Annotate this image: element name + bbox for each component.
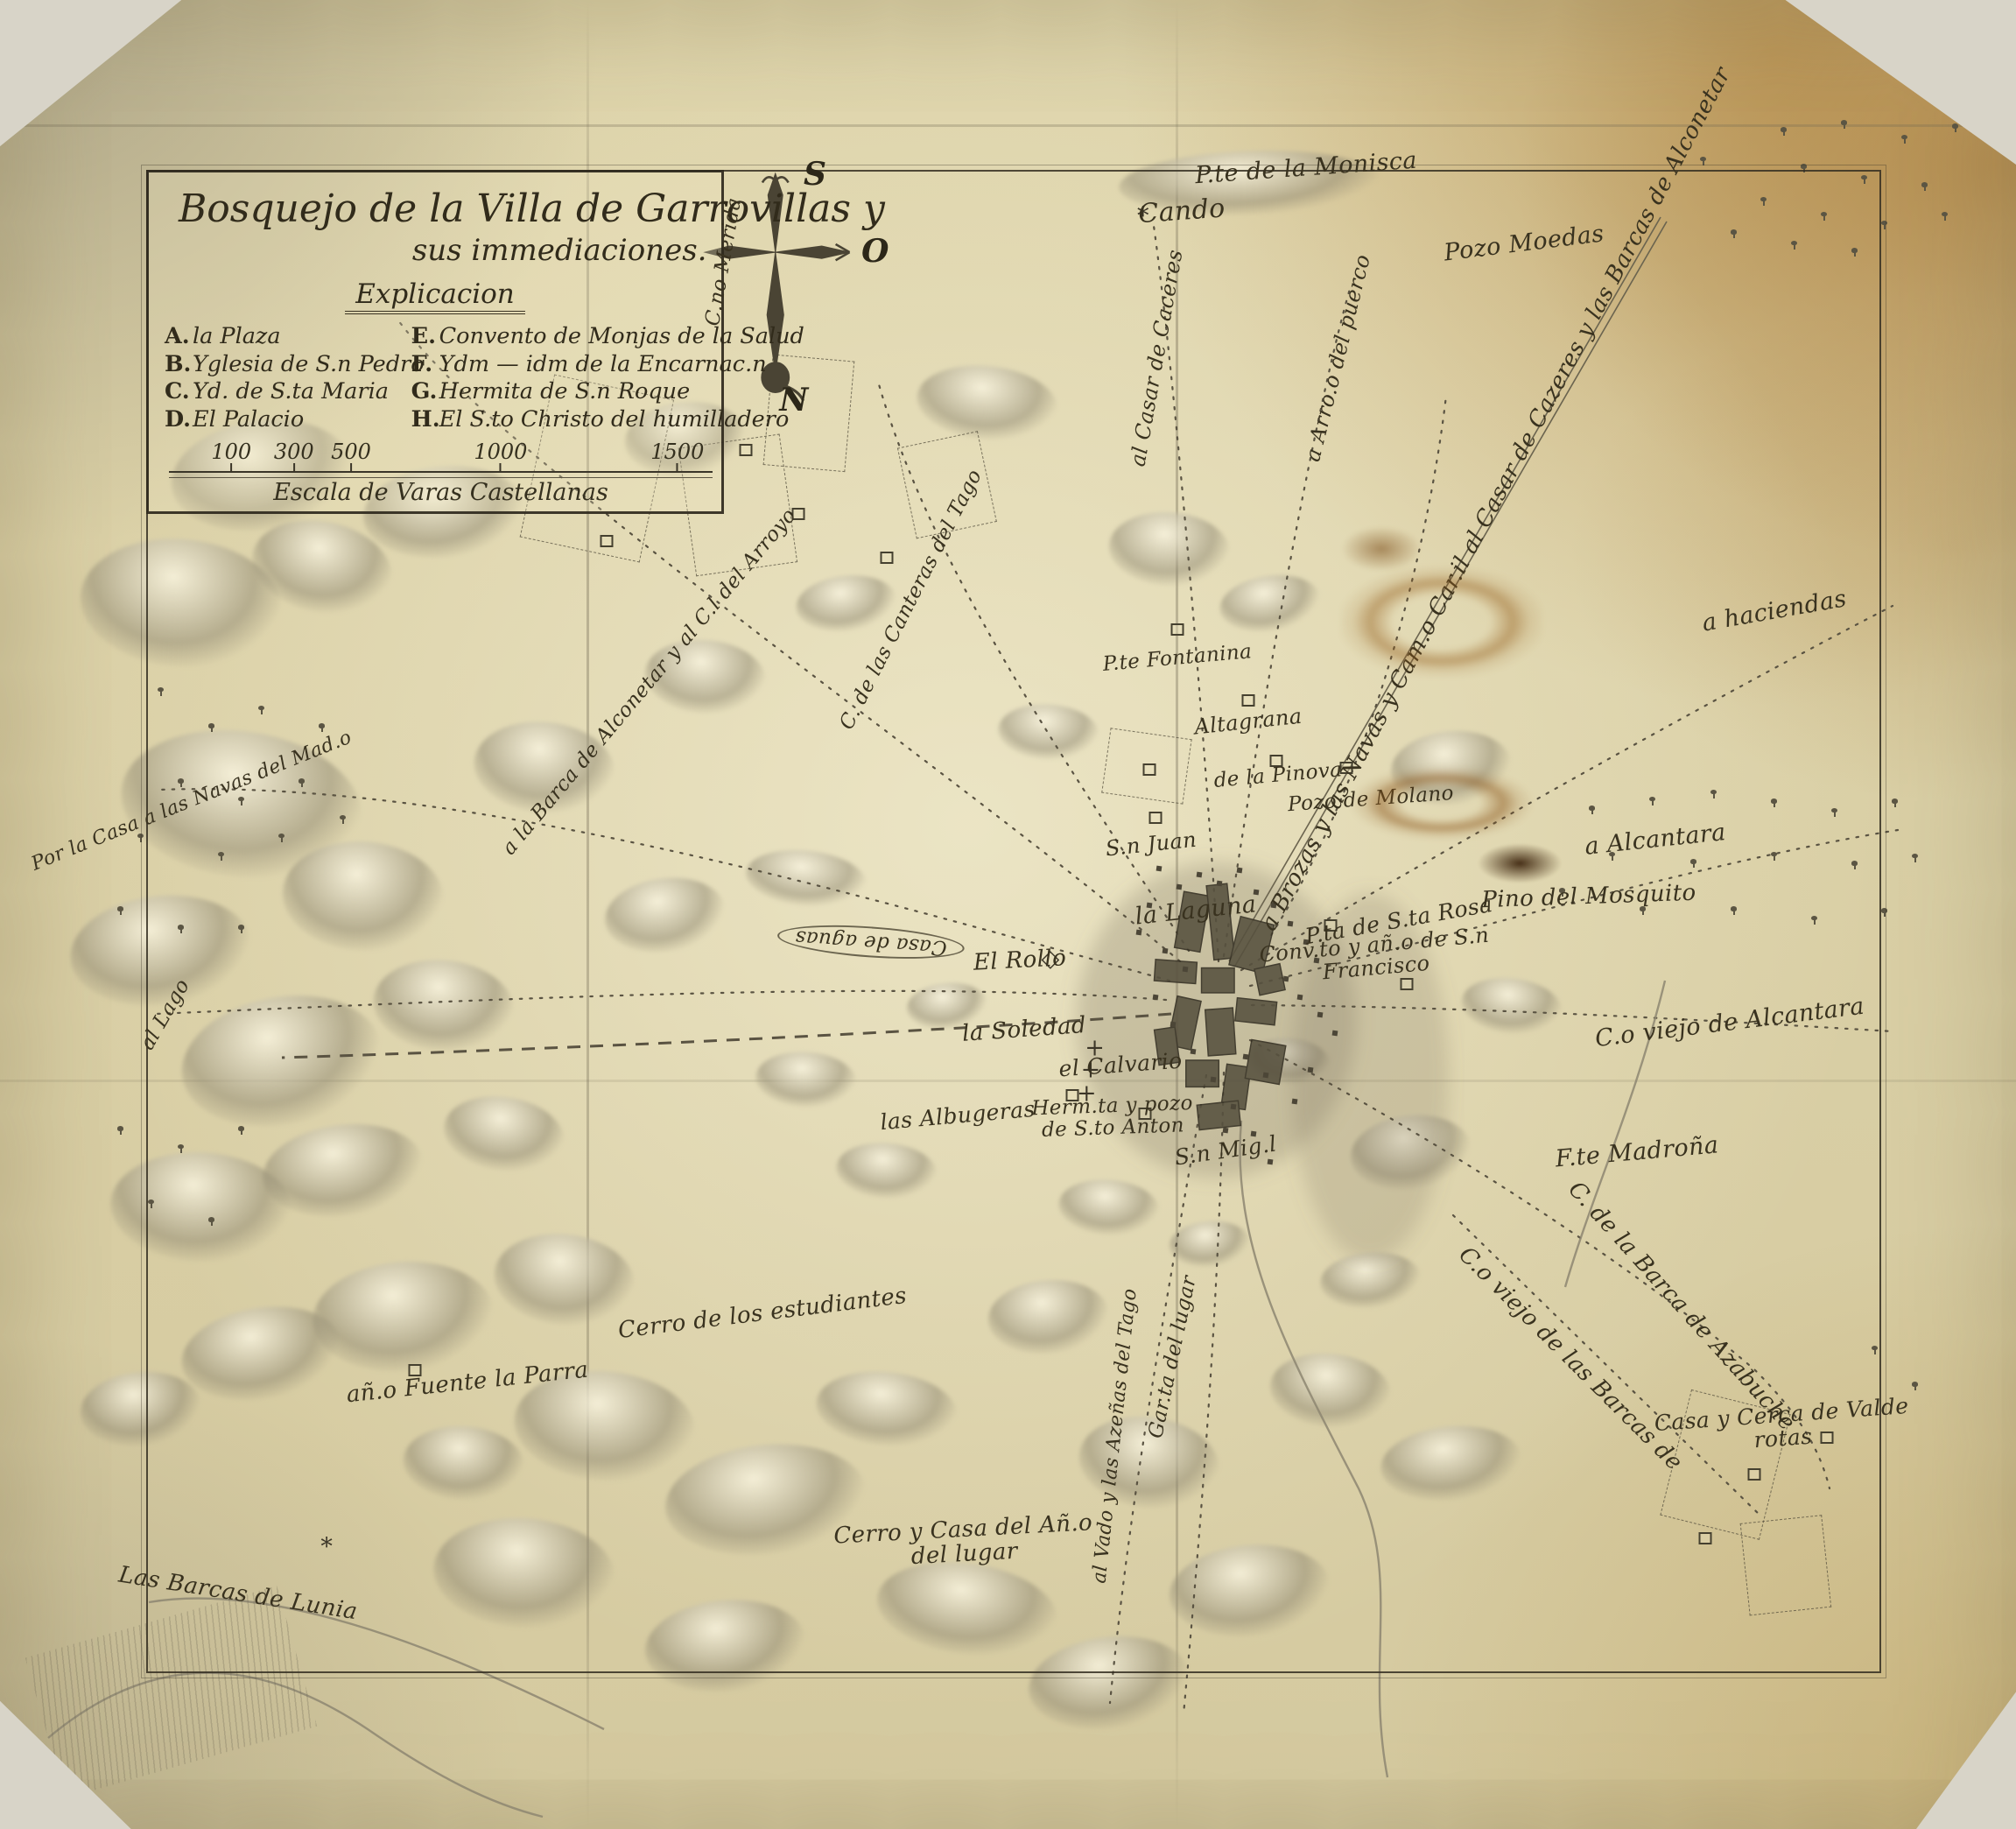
tree-icon bbox=[1840, 120, 1849, 129]
scale-tick-number: 300 bbox=[274, 441, 314, 462]
scale-tick-number: 100 bbox=[211, 441, 251, 462]
scale-tick: 500 bbox=[331, 441, 371, 471]
torn-corner bbox=[1754, 0, 2016, 165]
legend-key: H. bbox=[411, 406, 439, 434]
scale-bar: 10030050010001500 Escala de Varas Castel… bbox=[169, 440, 713, 506]
legend-label: la Plaza bbox=[193, 323, 281, 349]
scale-tick-number: 1000 bbox=[474, 441, 527, 462]
scale-tick: 300 bbox=[274, 441, 314, 471]
legend-label: Yd. de S.ta Maria bbox=[193, 378, 389, 404]
map-title-line1: Bosquejo de la Villa de Garrovillas y bbox=[149, 172, 721, 231]
scale-bar-line bbox=[169, 471, 713, 478]
tree-icon bbox=[1951, 123, 1960, 132]
torn-corner bbox=[0, 0, 181, 146]
legend: A.la PlazaB.Yglesia de S.n PedroC.Yd. de… bbox=[149, 314, 721, 433]
torn-corner bbox=[1905, 1692, 2016, 1829]
tree-icon bbox=[1911, 1382, 1920, 1390]
legend-label: El Palacio bbox=[193, 406, 304, 433]
legend-column-left: A.la PlazaB.Yglesia de S.n PedroC.Yd. de… bbox=[165, 323, 411, 433]
scale-tick-mark bbox=[293, 463, 295, 471]
legend-key: E. bbox=[411, 323, 439, 351]
tree-icon bbox=[1941, 212, 1949, 221]
tree-icon bbox=[1780, 127, 1788, 136]
scale-tick-number: 500 bbox=[331, 441, 371, 462]
legend-key: F. bbox=[411, 351, 439, 379]
legend-column-right: E.Convento de Monjas de la SaludF.Ydm — … bbox=[411, 323, 713, 433]
legend-row: A.la Plaza bbox=[165, 323, 411, 351]
title-cartouche: Bosquejo de la Villa de Garrovillas y su… bbox=[146, 170, 724, 513]
scale-tick-mark bbox=[230, 463, 232, 471]
legend-row: F.Ydm — idm de la Encarnac.n bbox=[411, 351, 713, 379]
legend-key: C. bbox=[165, 378, 193, 406]
legend-key: G. bbox=[411, 378, 439, 406]
paper-sheet: **+++◇ S O bbox=[0, 0, 2016, 1829]
legend-label: El S.to Christo del humilladero bbox=[439, 406, 790, 433]
legend-row: H.El S.to Christo del humilladero bbox=[411, 406, 713, 434]
tree-icon bbox=[116, 906, 125, 915]
legend-key: B. bbox=[165, 351, 193, 379]
legend-row: B.Yglesia de S.n Pedro bbox=[165, 351, 411, 379]
legend-row: G.Hermita de S.n Roque bbox=[411, 378, 713, 406]
scale-tick-number: 1500 bbox=[650, 441, 704, 462]
legend-key: A. bbox=[165, 323, 193, 351]
legend-label: Ydm — idm de la Encarnac.n bbox=[439, 351, 767, 377]
legend-row: D.El Palacio bbox=[165, 406, 411, 434]
scale-tick: 100 bbox=[211, 441, 251, 471]
fold-crease bbox=[0, 124, 2016, 127]
scale-tick-mark bbox=[500, 463, 502, 471]
map-scan: **+++◇ S O bbox=[0, 0, 2016, 1829]
scale-caption: Escala de Varas Castellanas bbox=[169, 479, 713, 506]
scale-tick-mark bbox=[677, 463, 678, 471]
tree-icon bbox=[1921, 182, 1929, 191]
scale-tick-mark bbox=[350, 463, 352, 471]
map-title-line2: sus immediaciones. bbox=[149, 231, 721, 268]
compass-west-label: O bbox=[861, 233, 889, 270]
tree-icon bbox=[1891, 798, 1900, 807]
tree-icon bbox=[1900, 135, 1909, 144]
legend-label: Yglesia de S.n Pedro bbox=[193, 351, 425, 377]
scale-tick: 1000 bbox=[474, 441, 527, 471]
scale-tick: 1500 bbox=[650, 441, 704, 471]
tree-icon bbox=[116, 1126, 125, 1135]
legend-heading: Explicacion bbox=[345, 278, 525, 314]
legend-label: Hermita de S.n Roque bbox=[439, 378, 691, 404]
scale-ticks: 10030050010001500 bbox=[169, 440, 713, 471]
legend-key: D. bbox=[165, 406, 193, 434]
legend-row: E.Convento de Monjas de la Salud bbox=[411, 323, 713, 351]
legend-label: Convento de Monjas de la Salud bbox=[439, 323, 804, 349]
tree-icon bbox=[1911, 854, 1920, 862]
legend-row: C.Yd. de S.ta Maria bbox=[165, 378, 411, 406]
